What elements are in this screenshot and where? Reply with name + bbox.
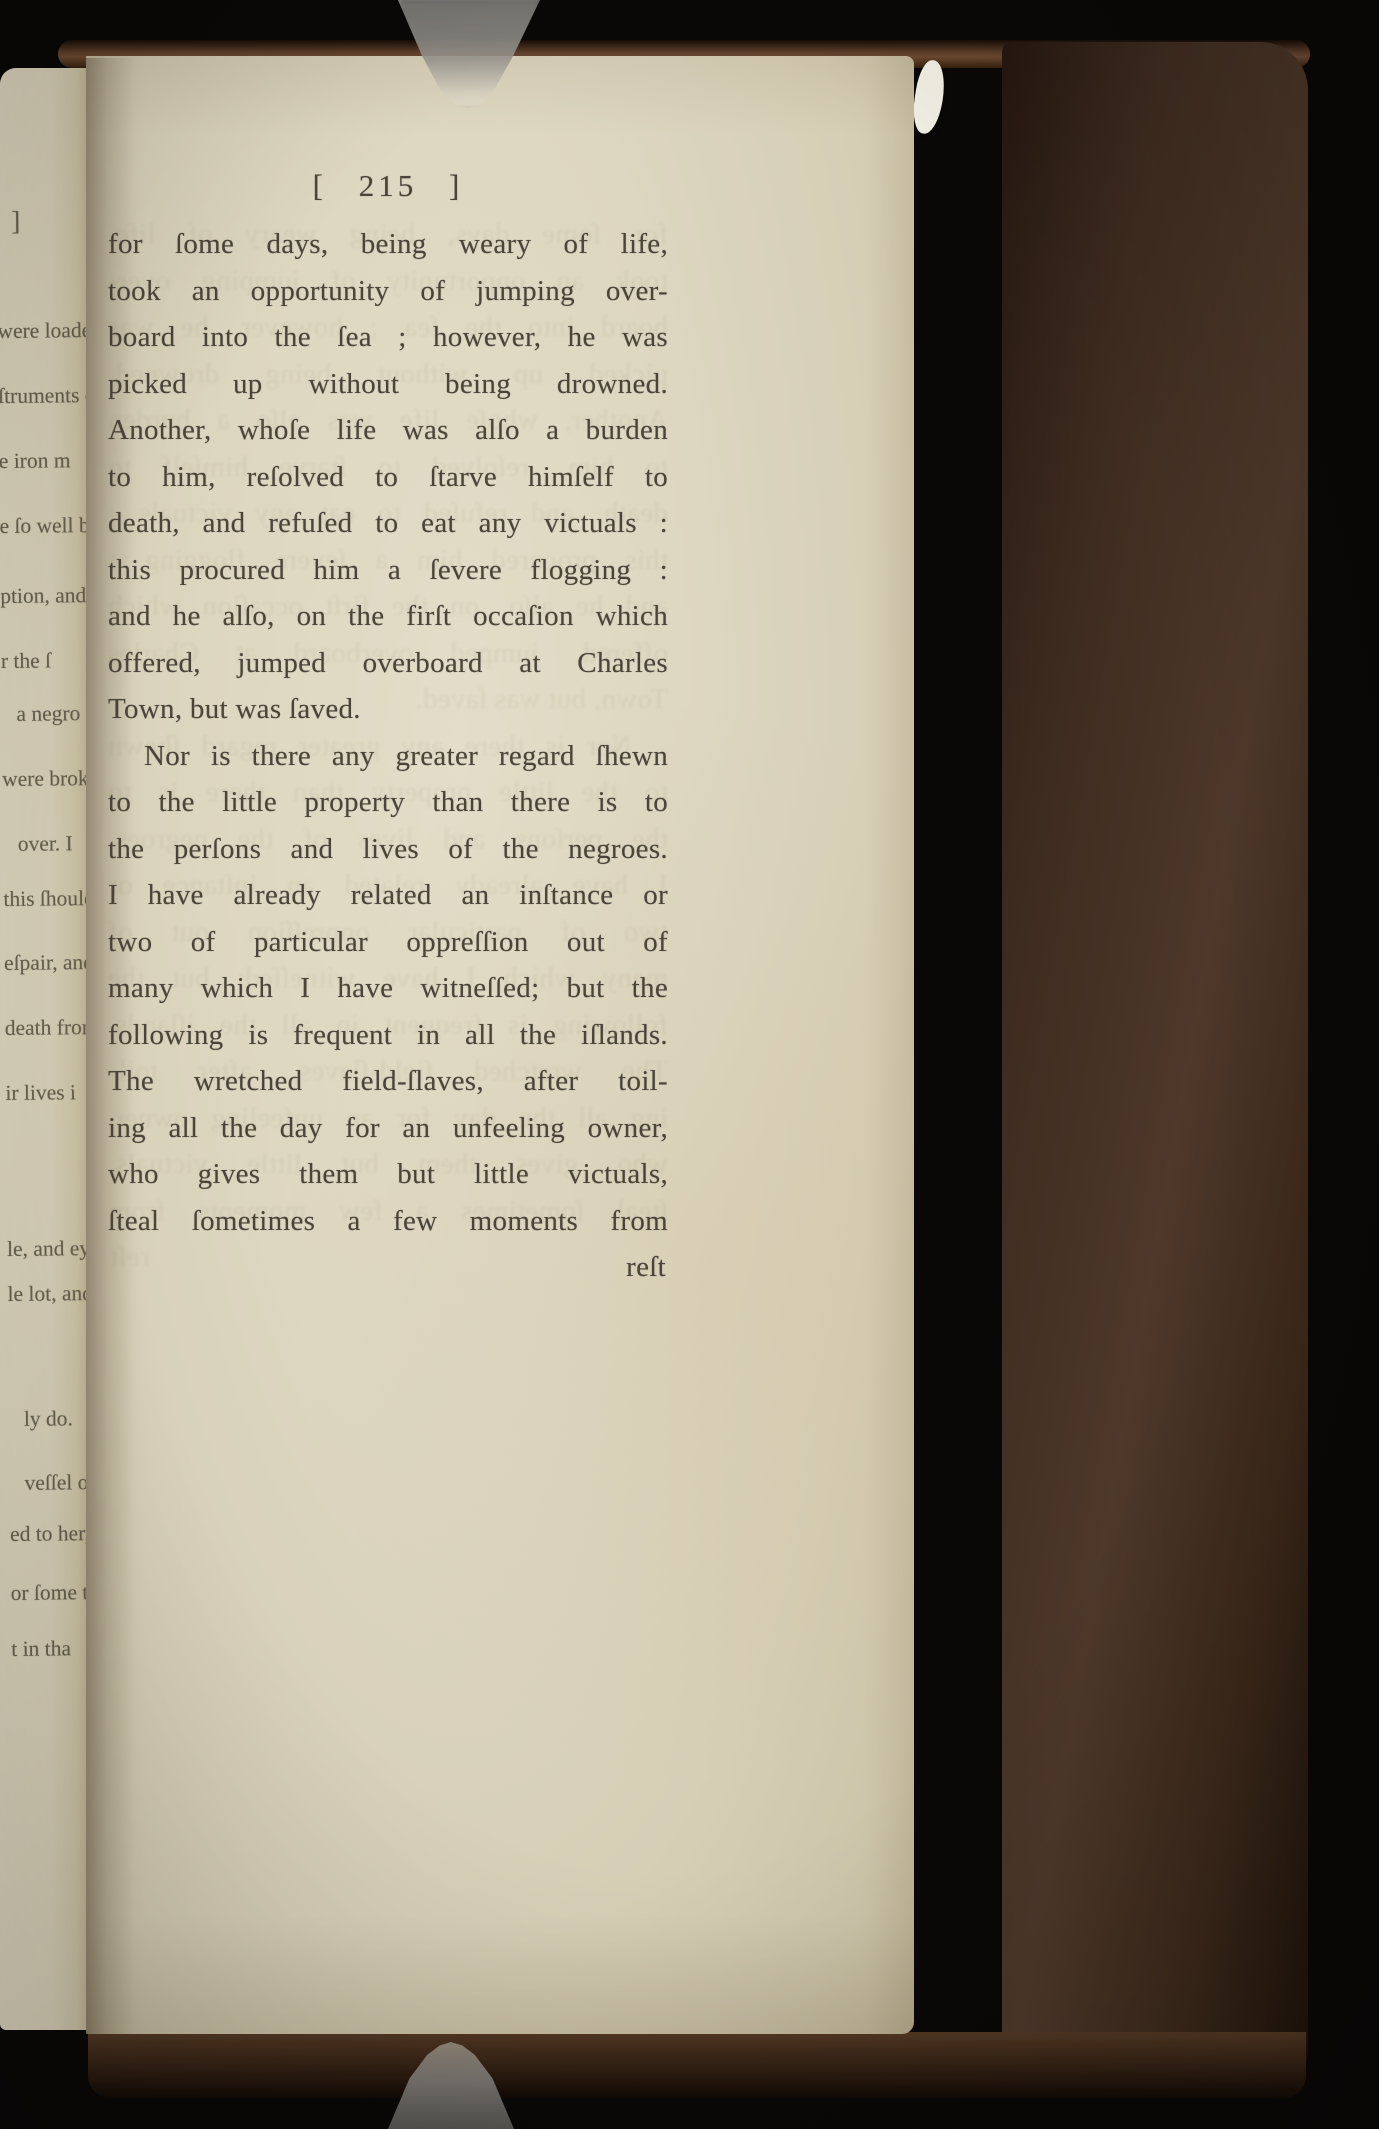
page-fragment: this ſhould [3,886,94,911]
text-line: board into the ſea ; however, he was [108,314,668,361]
text-line: Another, whoſe life was alſo a burden [108,407,668,454]
text-line: to the little property than there is to [108,779,668,826]
page-fragment: death from [5,1015,94,1040]
text-line: death, and refuſed to eat any victuals : [108,500,668,547]
page-fragment: le, and eyes [7,1236,94,1261]
page-fragment: or ſome tr [11,1580,94,1605]
page-fragment: r the ſ [1,648,51,673]
page-fragment: ſtruments o [0,383,94,408]
text-line: and he alſo, on the firſt occaſion which [108,593,668,640]
page-fragment: ed to her, [10,1521,90,1546]
previous-page-edge: ]were loadedſtruments oe iron me ſo well… [0,68,94,2030]
text-line: to him, reſolved to ſtarve himſelf to [108,454,668,501]
page-fragment: ly do. [24,1406,73,1431]
page-fragment: e iron m [0,448,71,473]
page-fragment: over. I [18,831,73,856]
page-fragment: ] [11,209,20,233]
book-page: [ 215 ] for ſome days, being weary of li… [86,56,914,2034]
page-fragment: veſſel o [24,1470,88,1495]
text-line: ing all the day for an unfeeling owner, [108,1105,668,1152]
page-fragment: ir lives i [5,1080,76,1105]
text-line: the perſons and lives of the negroes. [108,826,668,873]
text-line: I have already related an inſtance or [108,872,668,919]
page-fragment: a negro [16,701,80,726]
page-fragment: le lot, and [7,1281,93,1306]
text-line: The wretched field-ſlaves, after toil- [108,1058,668,1105]
book-cover-bottom-edge [88,2032,1306,2098]
text-line: took an opportunity of jumping over- [108,268,668,315]
text-line: ſteal ſometimes a few moments from [108,1198,668,1245]
catchword: reſt [108,1244,668,1291]
text-line: offered, jumped overboard at Charles [108,640,668,687]
text-line: for ſome days, being weary of life, [108,221,668,268]
text-line: Town, but was ſaved. [108,686,668,733]
page-fragment: ption, and [0,583,86,608]
text-line: many which I have witneſſed; but the [108,965,668,1012]
book-photo: ]were loadedſtruments oe iron me ſo well… [0,0,1379,2129]
text-line: following is frequent in all the iſlands… [108,1012,668,1059]
text-line: Nor is there any greater regard ſhewn [108,733,668,780]
page-body: for ſome days, being weary of life,took … [108,221,668,1291]
page-fragment: were loaded [0,318,94,343]
text-line: two of particular oppreſſion out of [108,919,668,966]
text-line: who gives them but little victuals, [108,1151,668,1198]
page-fragment: t in tha [11,1636,71,1661]
previous-page-text: ]were loadedſtruments oe iron me ſo well… [0,68,94,2030]
gutter-shadow [86,58,134,2034]
text-line: this procured him a ſevere flogging : [108,547,668,594]
page-number-header: [ 215 ] [108,168,668,204]
fore-edge-pages [903,64,1007,2030]
page-fragment: were brok [2,766,89,791]
page-fragment: eſpair, and [4,950,94,975]
text-line: picked up without being drowned. [108,361,668,408]
book-cover-right-board [1002,42,1308,2096]
page-fragment: e ſo well b [0,513,90,538]
